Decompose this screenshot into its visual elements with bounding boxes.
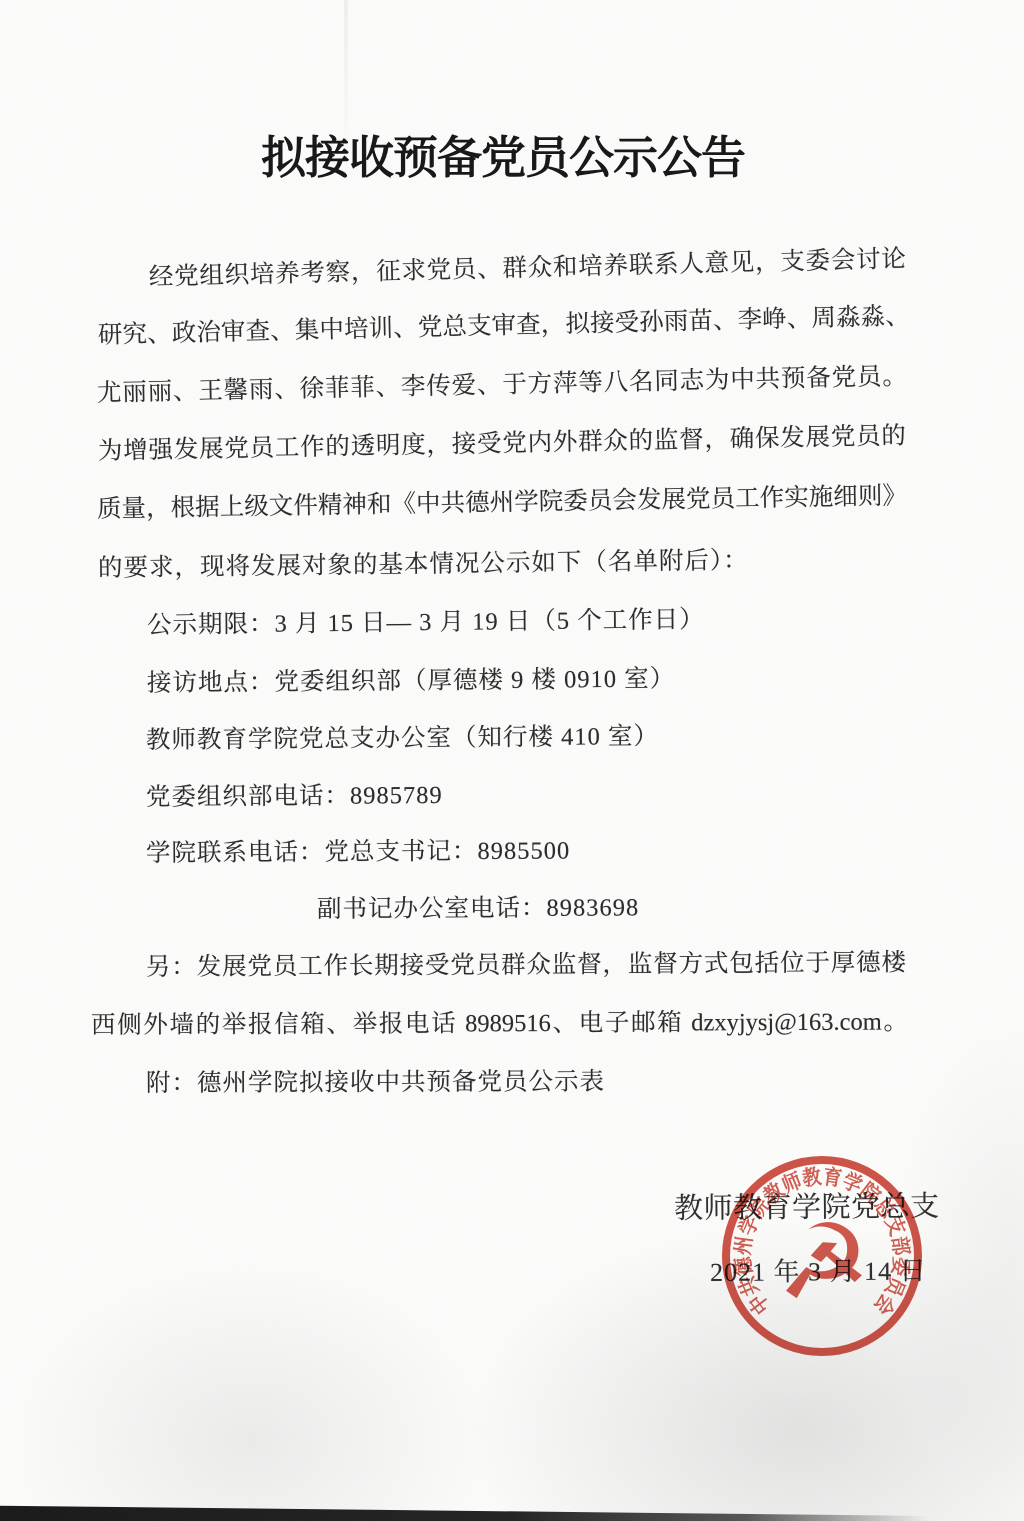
body-line: 学院联系电话：党总支书记：8985500 <box>146 834 570 871</box>
body-line: 西侧外墙的举报信箱、举报电话 8989516、电子邮箱 dzxyjysj@163… <box>91 1005 908 1043</box>
body-line: 研究、政治审查、集中培训、党总支审查，拟接受孙雨苗、李峥、周淼淼、 <box>98 300 911 353</box>
body-line: 经党组织培养考察，征求党员、群众和培养联系人意见，支委会讨论 <box>149 243 907 295</box>
body-line: 接访地点：党委组织部（厚德楼 9 楼 0910 室） <box>147 662 676 701</box>
body-line: 的要求，现将发展对象的基本情况公示如下（名单附后）： <box>98 544 749 586</box>
body-line: 质量，根据上级文件精神和《中共德州学院委员会发展党员工作实施细则》 <box>97 480 907 527</box>
body-line: 尤丽丽、王馨雨、徐菲菲、李传爱、于方萍等八名同志为中共预备党员。 <box>97 360 908 411</box>
body-line: 党委组织部电话：8985789 <box>146 779 443 815</box>
body-line: 另：发展党员工作长期接受党员群众监督，监督方式包括位于厚德楼 <box>146 946 906 985</box>
hammer-sickle-icon: ☭ <box>777 1201 870 1323</box>
seal-graphic: 中共德州学院教师教育学院总支部委员会 ☭ <box>715 1149 929 1363</box>
body-line: 教师教育学院党总支办公室（知行楼 410 室） <box>146 720 659 758</box>
scanned-notice-page: 拟接收预备党员公示公告 经党组织培养考察，征求党员、群众和培养联系人意见，支委会… <box>0 0 1024 1521</box>
body-line: 为增强发展党员工作的透明度，接受党内外群众的监督，确保发展党员的 <box>98 419 907 469</box>
official-seal-stamp: 中共德州学院教师教育学院总支部委员会 ☭ <box>715 1149 929 1363</box>
body-line: 公示期限：3 月 15 日— 3 月 19 日（5 个工作日） <box>147 603 705 643</box>
body-line: 副书记办公室电话：8983698 <box>317 891 639 927</box>
body-line: 附：德州学院拟接收中共预备党员公示表 <box>146 1065 605 1101</box>
